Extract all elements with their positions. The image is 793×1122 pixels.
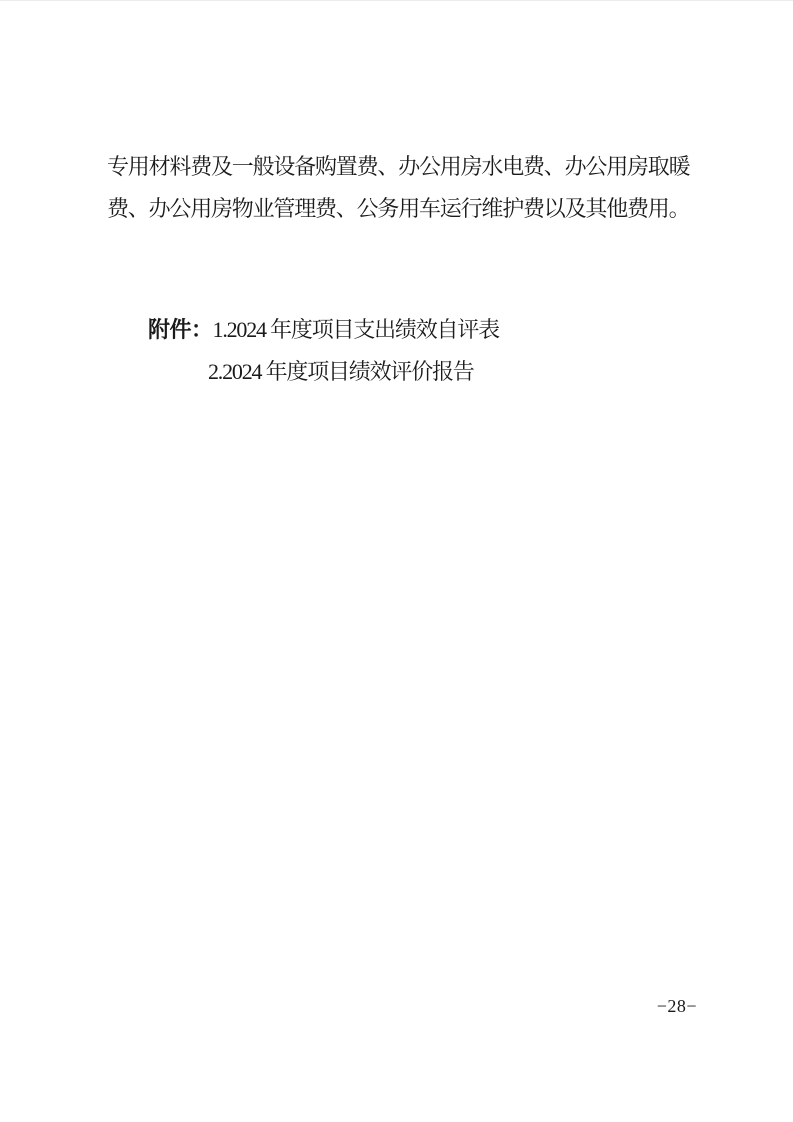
- page-number: −28−: [657, 996, 697, 1016]
- document-page: 专用材料费及一般设备购置费、办公用房水电费、办公用房取暖 费、办公用房物业管理费…: [0, 0, 793, 1122]
- attachment-item-2: 2.2024 年度项目绩效评价报告: [208, 359, 474, 384]
- attachment-block: 附件：1.2024 年度项目支出绩效自评表 2.2024 年度项目绩效评价报告: [148, 309, 499, 393]
- attachment-label: 附件：: [148, 317, 213, 342]
- attachment-line-1: 附件：1.2024 年度项目支出绩效自评表: [148, 309, 499, 351]
- attachment-line-2: 2.2024 年度项目绩效评价报告: [148, 351, 499, 393]
- attachment-item-1: 1.2024 年度项目支出绩效自评表: [213, 317, 499, 342]
- paragraph-line-1: 专用材料费及一般设备购置费、办公用房水电费、办公用房取暖: [107, 146, 691, 188]
- body-paragraph: 专用材料费及一般设备购置费、办公用房水电费、办公用房取暖 费、办公用房物业管理费…: [107, 146, 691, 230]
- paragraph-line-2: 费、办公用房物业管理费、公务用车运行维护费以及其他费用。: [107, 188, 691, 230]
